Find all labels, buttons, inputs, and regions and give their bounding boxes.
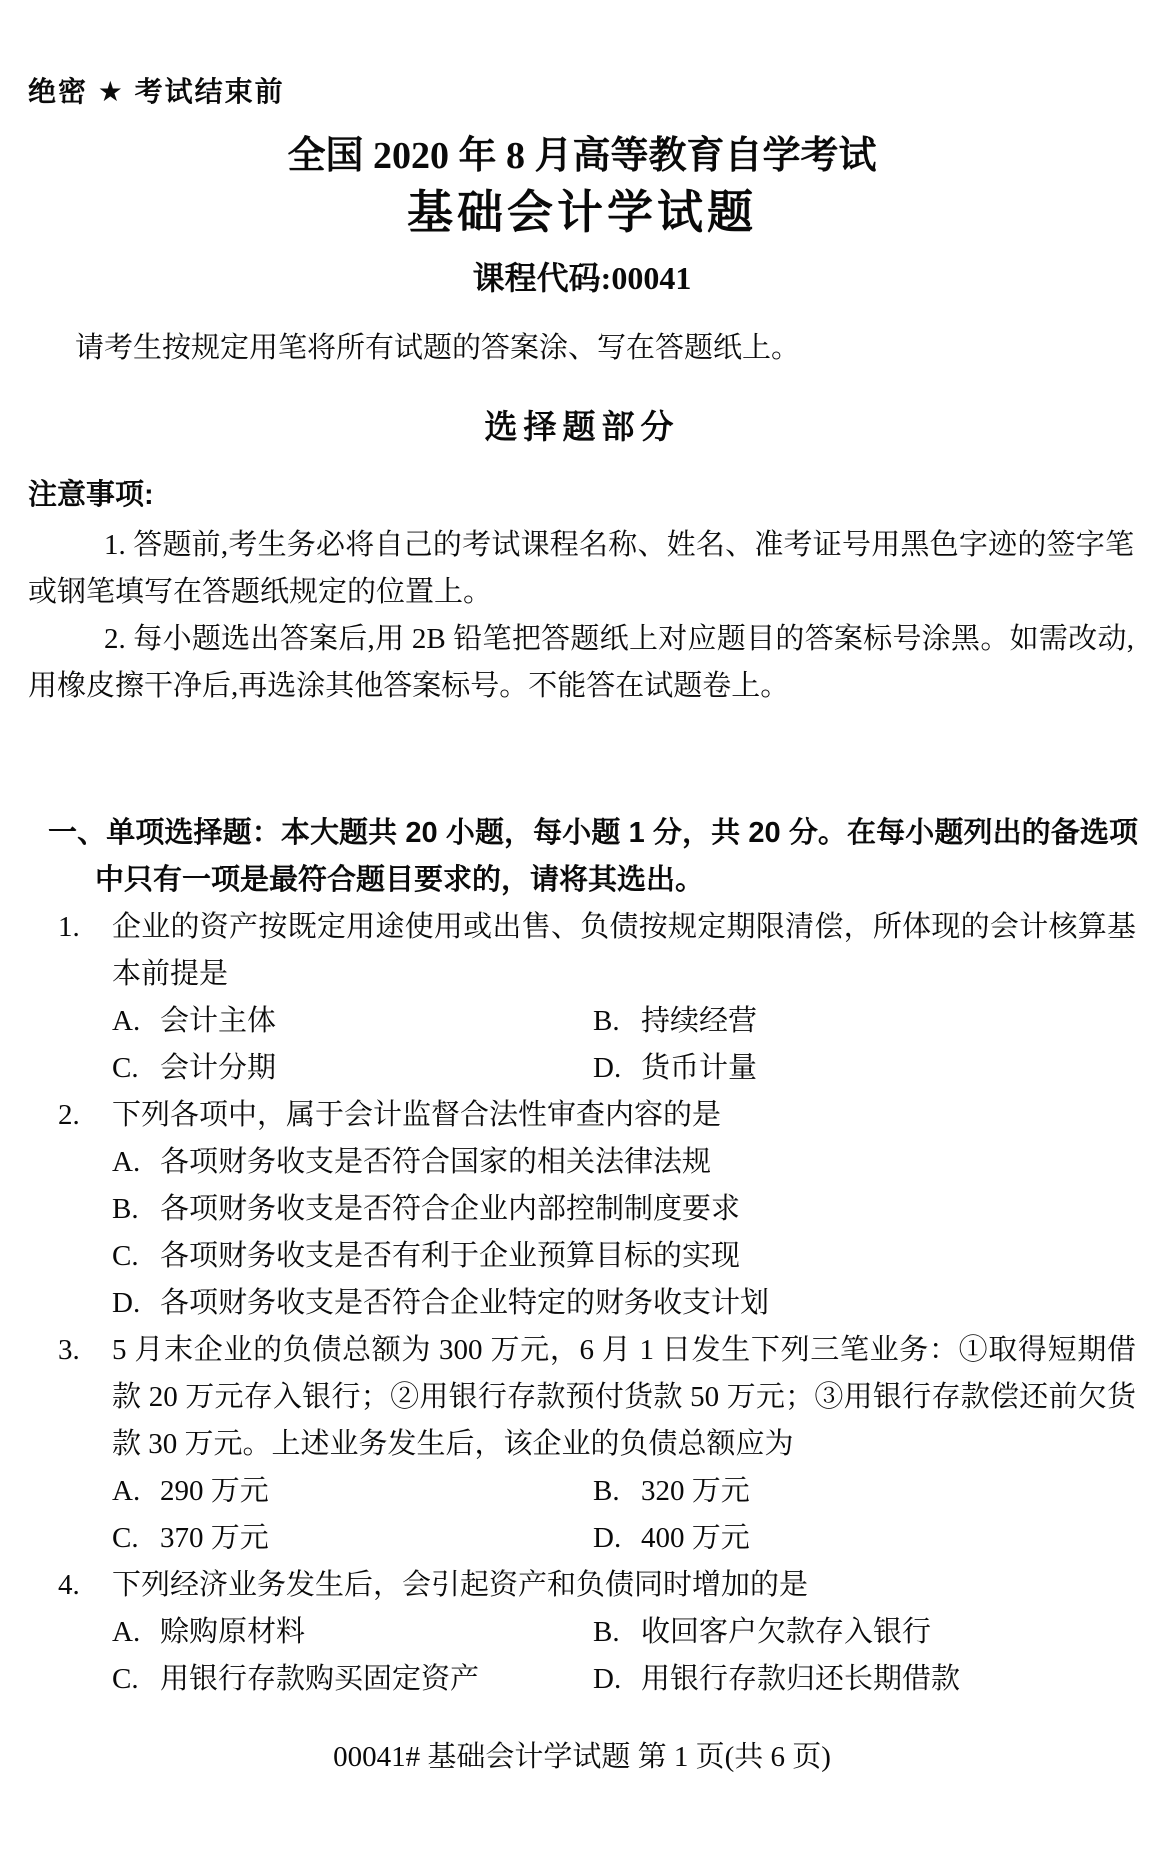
question-3-options: A.290 万元 B.320 万元 C.370 万元 D.400 万元 (112, 1468, 1136, 1562)
option-text: 290 万元 (160, 1475, 269, 1507)
question-2-option-d: D.各项财务收支是否符合企业特定的财务收支计划 (112, 1280, 1136, 1327)
option-text: 会计主体 (160, 1005, 276, 1037)
option-text: 会计分期 (160, 1052, 276, 1084)
option-text: 用银行存款归还长期借款 (641, 1663, 960, 1695)
question-3-stem: 5 月末企业的负债总额为 300 万元，6 月 1 日发生下列三笔业务：①取得短… (112, 1327, 1136, 1468)
note-item-2: 2. 每小题选出答案后,用 2B 铅笔把答题纸上对应题目的答案标号涂黑。如需改动… (28, 616, 1134, 710)
question-1-stem: 企业的资产按既定用途使用或出售、负债按规定期限清偿，所体现的会计核算基本前提是 (112, 904, 1136, 998)
question-3: 3. 5 月末企业的负债总额为 300 万元，6 月 1 日发生下列三笔业务：①… (0, 1327, 1164, 1562)
option-text: 各项财务收支是否符合国家的相关法律法规 (160, 1146, 711, 1178)
question-3-option-a: A.290 万元 (112, 1468, 593, 1515)
option-text: 收回客户欠款存入银行 (641, 1616, 931, 1648)
exam-paper-page: 绝密 ★ 考试结束前 全国 2020 年 8 月高等教育自学考试 基础会计学试题… (0, 0, 1164, 1862)
question-4-stem: 下列经济业务发生后，会引起资产和负债同时增加的是 (112, 1562, 1136, 1609)
option-text: 用银行存款购买固定资产 (160, 1663, 479, 1695)
option-text: 320 万元 (641, 1475, 750, 1507)
question-2-option-c: C.各项财务收支是否有利于企业预算目标的实现 (112, 1233, 1136, 1280)
question-4-option-d: D.用银行存款归还长期借款 (593, 1656, 1136, 1703)
question-3-number: 3. (58, 1327, 110, 1374)
question-1-option-d: D.货币计量 (593, 1045, 1136, 1092)
question-4-options: A.赊购原材料 B.收回客户欠款存入银行 C.用银行存款购买固定资产 D.用银行… (112, 1609, 1136, 1703)
option-text: 货币计量 (641, 1052, 757, 1084)
question-2-number: 2. (58, 1092, 110, 1139)
answer-instruction: 请考生按规定用笔将所有试题的答案涂、写在答题纸上。 (75, 326, 1136, 370)
question-1-options: A.会计主体 B.持续经营 C.会计分期 D.货币计量 (112, 998, 1136, 1092)
question-2-option-b: B.各项财务收支是否符合企业内部控制制度要求 (112, 1186, 1136, 1233)
exam-title: 基础会计学试题 (0, 182, 1164, 242)
page-footer: 00041# 基础会计学试题 第 1 页(共 6 页) (0, 1738, 1164, 1776)
question-4: 4. 下列经济业务发生后，会引起资产和负债同时增加的是 A.赊购原材料 B.收回… (0, 1562, 1164, 1703)
classification-banner: 绝密 ★ 考试结束前 (28, 72, 1164, 112)
question-1-option-b: B.持续经营 (593, 998, 1136, 1045)
exam-session-title: 全国 2020 年 8 月高等教育自学考试 (0, 132, 1164, 180)
question-1-option-a: A.会计主体 (112, 998, 593, 1045)
question-3-option-d: D.400 万元 (593, 1515, 1136, 1562)
course-code: 课程代码:00041 (0, 256, 1164, 300)
question-2-option-a: A.各项财务收支是否符合国家的相关法律法规 (112, 1139, 1136, 1186)
note-item-1: 1. 答题前,考生务必将自己的考试课程名称、姓名、准考证号用黑色字迹的签字笔或钢… (28, 522, 1134, 616)
question-2-options: A.各项财务收支是否符合国家的相关法律法规 B.各项财务收支是否符合企业内部控制… (112, 1139, 1136, 1327)
question-1-number: 1. (58, 904, 110, 951)
option-text: 持续经营 (641, 1005, 757, 1037)
question-4-option-a: A.赊购原材料 (112, 1609, 593, 1656)
part-title: 选择题部分 (0, 404, 1164, 450)
option-text: 各项财务收支是否符合企业内部控制制度要求 (160, 1193, 740, 1225)
question-3-option-c: C.370 万元 (112, 1515, 593, 1562)
question-2-stem: 下列各项中，属于会计监督合法性审查内容的是 (112, 1092, 1136, 1139)
question-4-option-c: C.用银行存款购买固定资产 (112, 1656, 593, 1703)
option-text: 400 万元 (641, 1522, 750, 1554)
question-2: 2. 下列各项中，属于会计监督合法性审查内容的是 A.各项财务收支是否符合国家的… (0, 1092, 1164, 1327)
option-text: 370 万元 (160, 1522, 269, 1554)
question-1-option-c: C.会计分期 (112, 1045, 593, 1092)
question-3-option-b: B.320 万元 (593, 1468, 1136, 1515)
notes-heading: 注意事项: (28, 474, 1164, 516)
option-text: 赊购原材料 (160, 1616, 305, 1648)
question-4-option-b: B.收回客户欠款存入银行 (593, 1609, 1136, 1656)
option-text: 各项财务收支是否符合企业特定的财务收支计划 (160, 1287, 769, 1319)
section-one-heading: 一、单项选择题：本大题共 20 小题，每小题 1 分，共 20 分。在每小题列出… (0, 810, 1164, 904)
question-1: 1. 企业的资产按既定用途使用或出售、负债按规定期限清偿，所体现的会计核算基本前… (0, 904, 1164, 1092)
option-text: 各项财务收支是否有利于企业预算目标的实现 (160, 1240, 740, 1272)
question-4-number: 4. (58, 1562, 110, 1609)
